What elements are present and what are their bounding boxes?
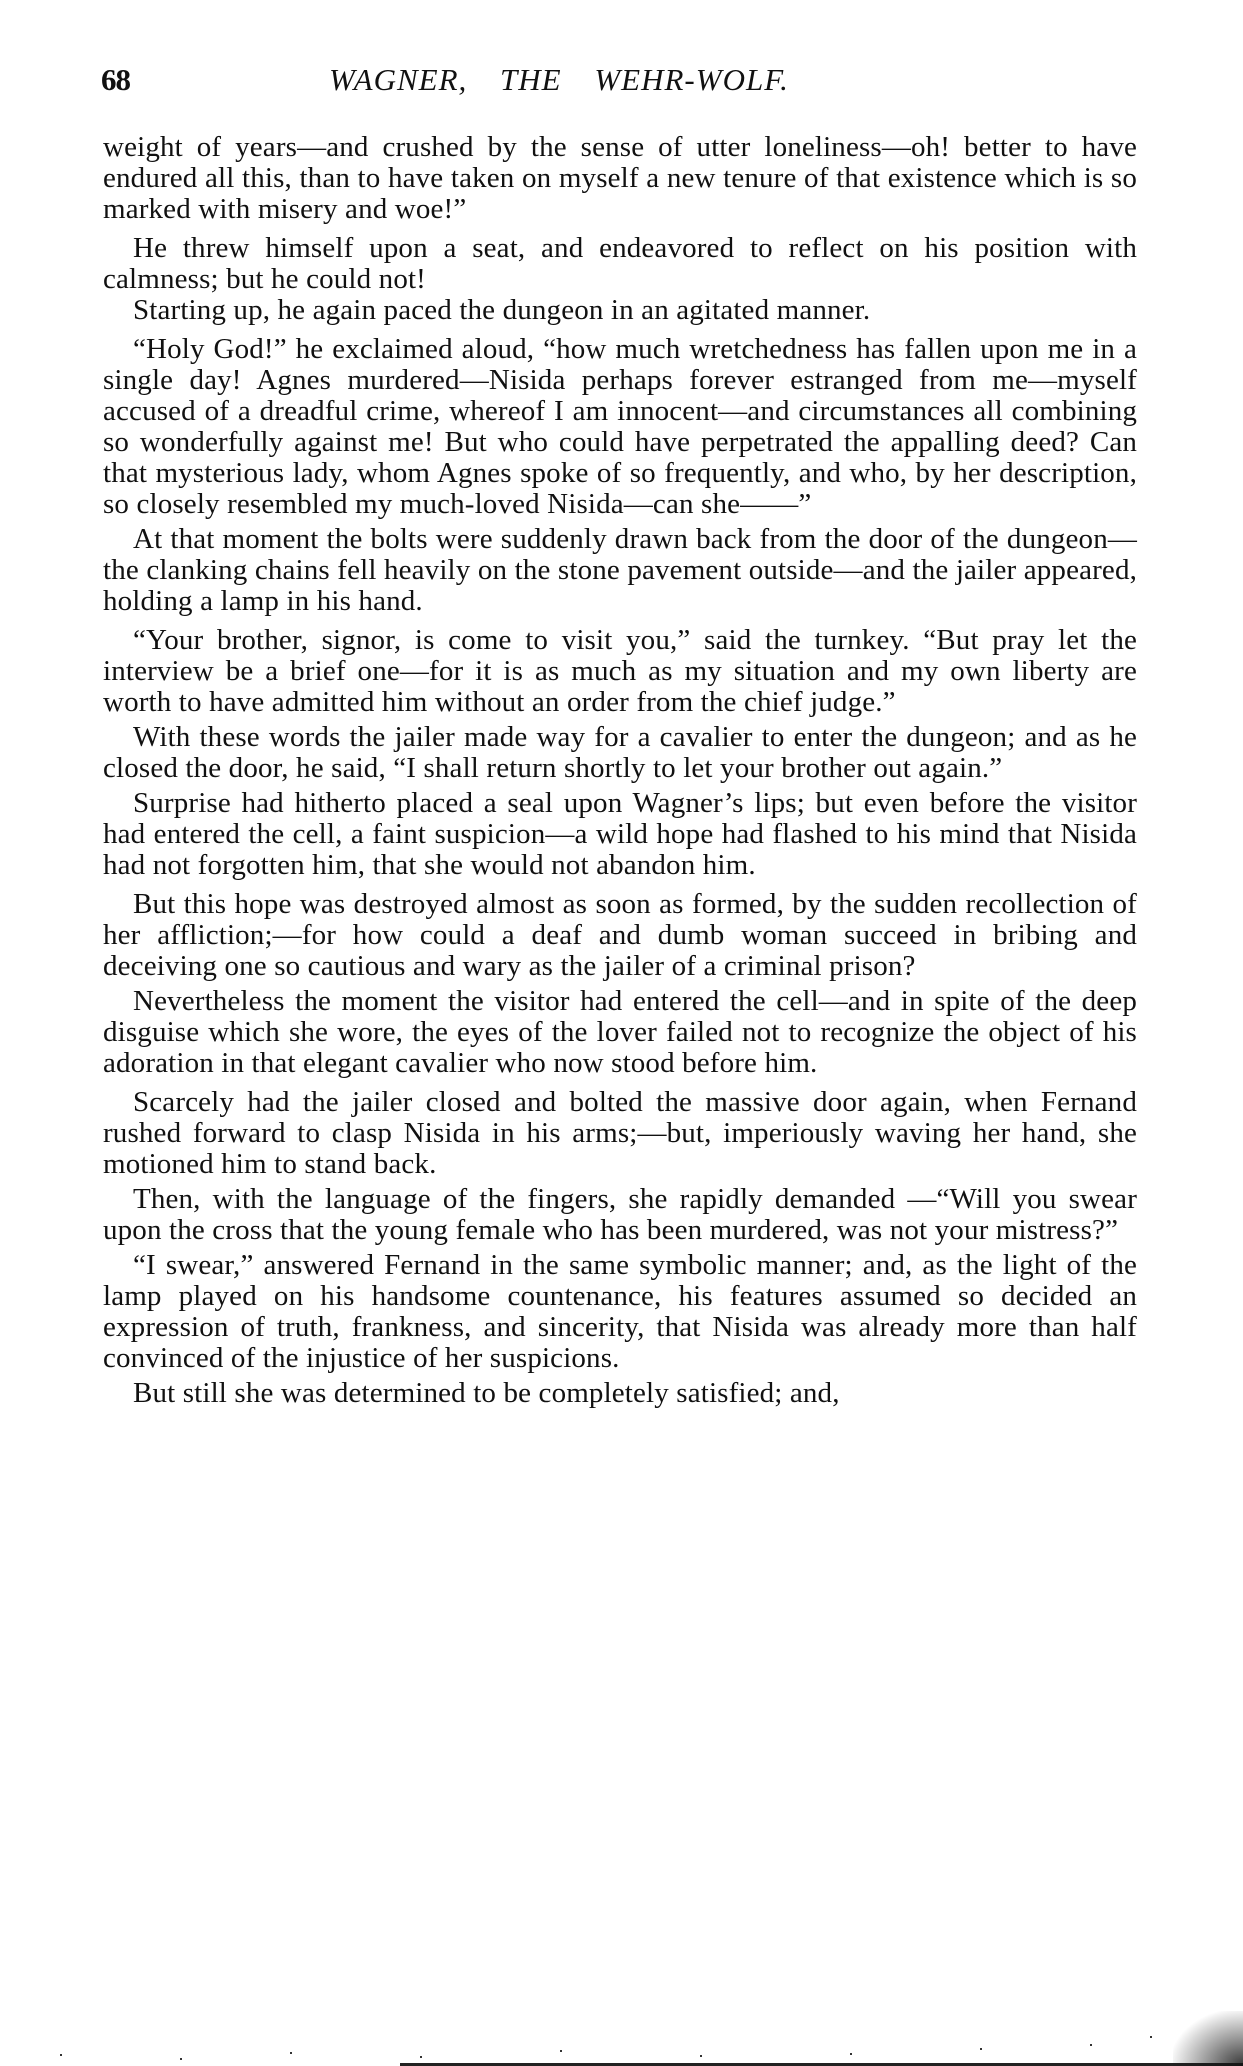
scan-speck bbox=[980, 2048, 982, 2050]
paragraph: Nevertheless the moment the visitor had … bbox=[103, 986, 1137, 1079]
paragraph: But this hope was destroyed almost as so… bbox=[103, 889, 1137, 982]
scan-speck bbox=[290, 2052, 292, 2054]
page-header: 68 WAGNER, THE WEHR-WOLF. bbox=[101, 62, 1136, 98]
scan-speck bbox=[560, 2050, 562, 2052]
scan-speck bbox=[420, 2056, 422, 2058]
paragraph: Scarcely had the jailer closed and bolte… bbox=[103, 1087, 1137, 1180]
paragraph: With these words the jailer made way for… bbox=[103, 722, 1137, 784]
scan-speck bbox=[1090, 2044, 1092, 2046]
running-title: WAGNER, THE WEHR-WOLF. bbox=[329, 62, 789, 98]
paragraph-continuation: weight of years—and crushed by the sense… bbox=[103, 132, 1137, 225]
scan-speck bbox=[60, 2054, 62, 2056]
paragraph: Surprise had hitherto placed a seal upon… bbox=[103, 788, 1137, 881]
scan-bottom-edge bbox=[0, 2026, 1243, 2066]
paragraph: At that moment the bolts were suddenly d… bbox=[103, 524, 1137, 617]
scan-speck bbox=[1150, 2036, 1152, 2038]
page-number: 68 bbox=[101, 62, 130, 98]
scan-corner-shadow bbox=[1173, 2011, 1243, 2066]
paragraph: He threw himself upon a seat, and endeav… bbox=[103, 233, 1137, 295]
paragraph: “Your brother, signor, is come to visit … bbox=[103, 625, 1137, 718]
paragraph: But still she was determined to be compl… bbox=[103, 1378, 1137, 1409]
paragraph: “I swear,” answered Fernand in the same … bbox=[103, 1250, 1137, 1374]
paragraph: Then, with the language of the fingers, … bbox=[103, 1184, 1137, 1246]
scan-speck bbox=[700, 2055, 702, 2057]
scan-speck bbox=[180, 2058, 182, 2060]
paragraph: Starting up, he again paced the dungeon … bbox=[103, 295, 1137, 326]
paragraph: “Holy God!” he exclaimed aloud, “how muc… bbox=[103, 334, 1137, 520]
scan-speck bbox=[850, 2053, 852, 2055]
body-text: weight of years—and crushed by the sense… bbox=[103, 132, 1137, 1409]
